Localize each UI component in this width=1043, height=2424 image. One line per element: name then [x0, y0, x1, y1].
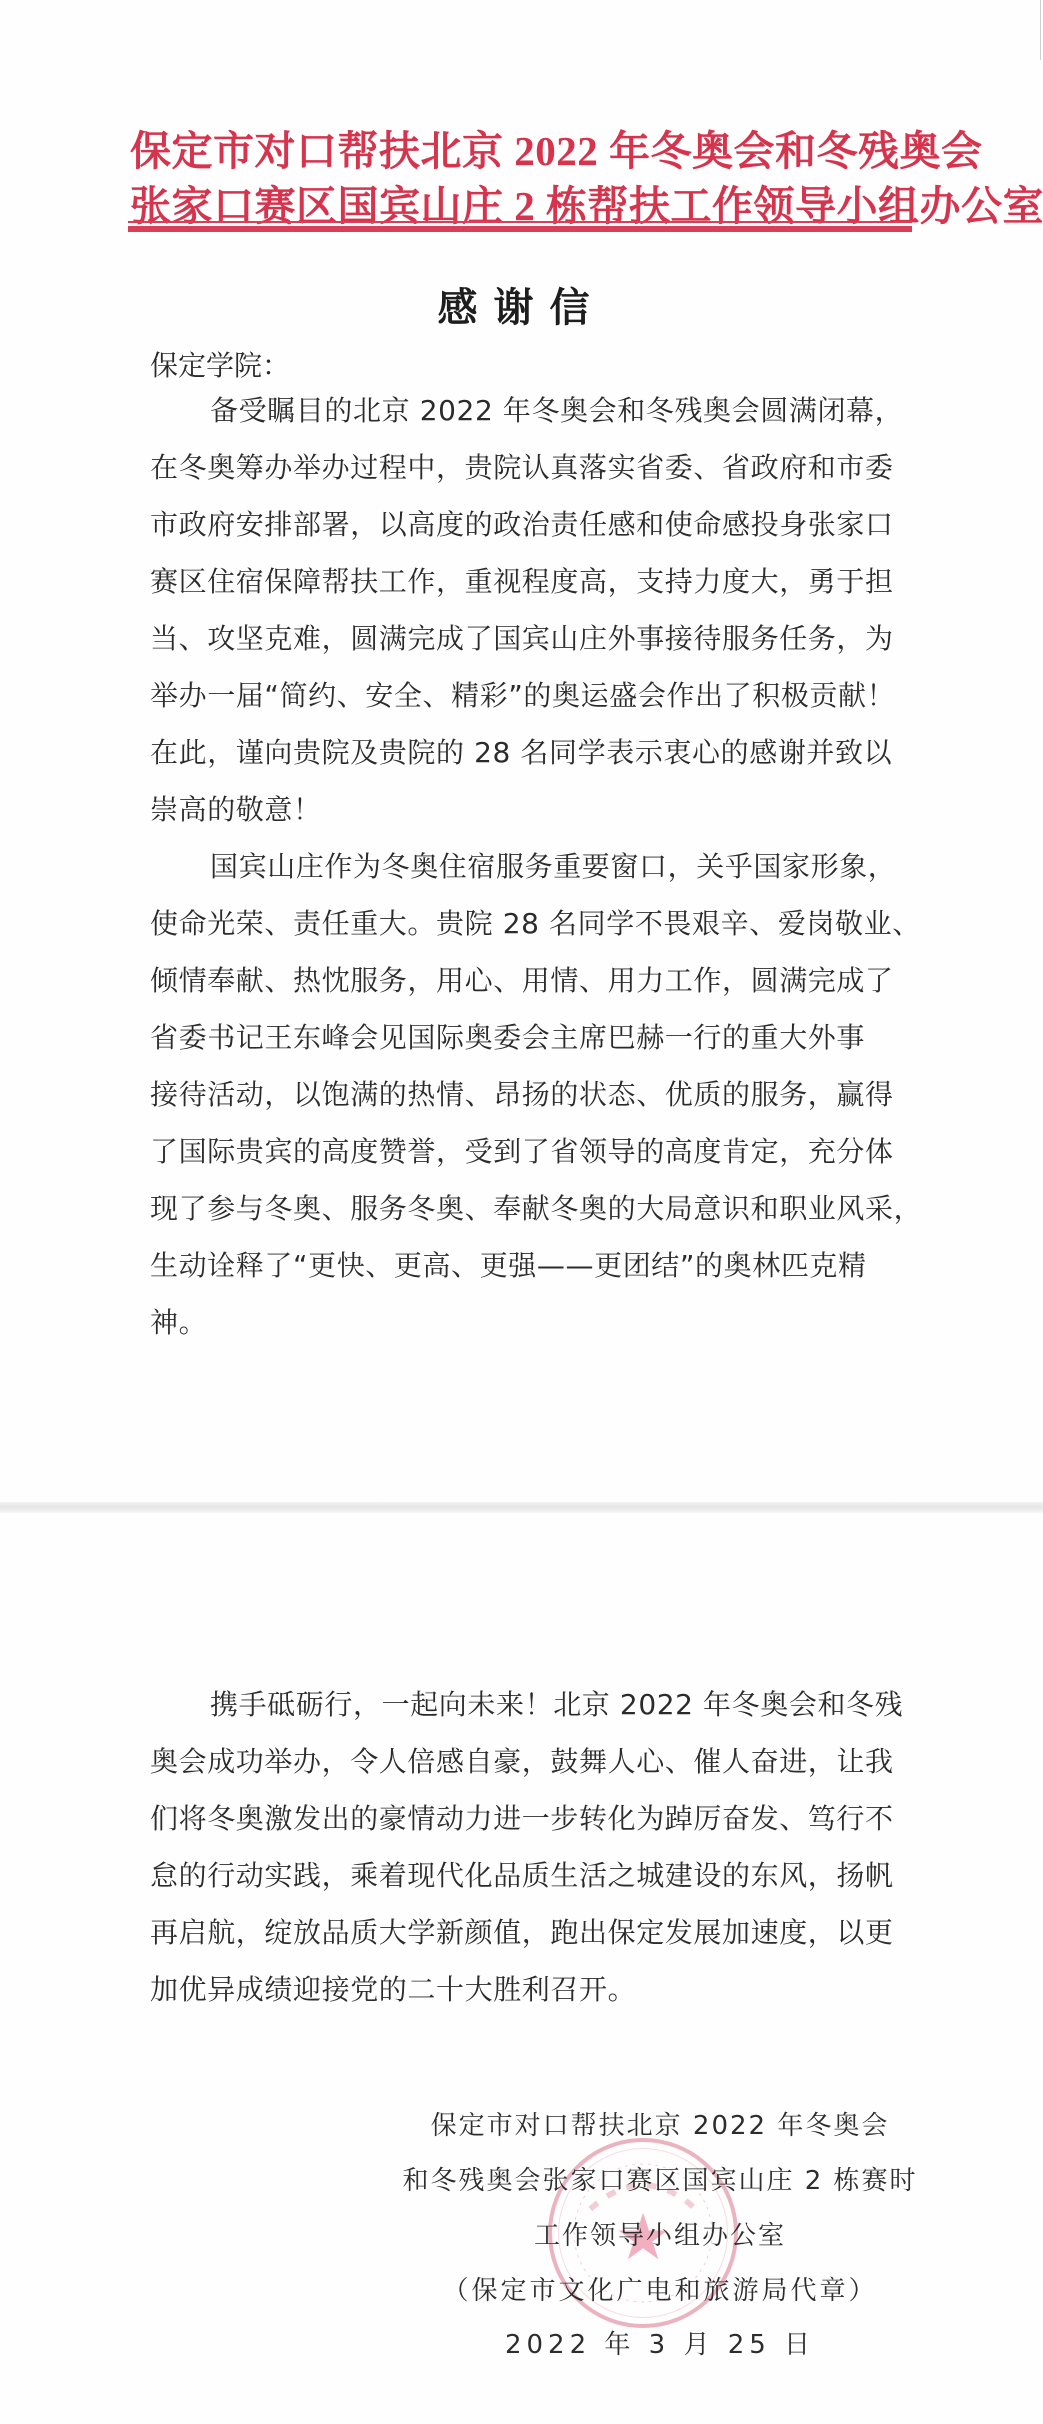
text-line: 市政府安排部署，以高度的政治责任感和使命感投身张家口 — [150, 496, 910, 553]
page-edge — [1040, 0, 1041, 60]
text-line: 再启航，绽放品质大学新颜值，跑出保定发展加速度，以更 — [150, 1904, 910, 1961]
text-line: 生动诠释了“更快、更高、更强——更团结”的奥林匹克精 — [150, 1237, 910, 1294]
text-line: 怠的行动实践，乘着现代化品质生活之城建设的东风，扬帆 — [150, 1847, 910, 1904]
letter-title: 感谢信 — [0, 276, 1043, 333]
text-line: 加优异成绩迎接党的二十大胜利召开。 — [150, 1961, 910, 2018]
text-line: 倾情奉献、热忱服务，用心、用情、用力工作，圆满完成了 — [150, 952, 910, 1009]
signature-line-2: 和冬残奥会张家口赛区国宾山庄 2 栋赛时 — [380, 2160, 940, 2197]
text-line: 省委书记王东峰会见国际奥委会主席巴赫一行的重大外事 — [150, 1009, 910, 1066]
letter-page-1: 保定市对口帮扶北京 2022 年冬奥会和冬残奥会 张家口赛区国宾山庄 2 栋帮扶… — [0, 0, 1043, 1504]
text-line: 当、攻坚克难，圆满完成了国宾山庄外事接待服务任务，为 — [150, 610, 910, 667]
text-line: 崇高的敬意！ — [150, 781, 910, 838]
paragraph-2: 国宾山庄作为冬奥住宿服务重要窗口，关乎国家形象， 使命光荣、责任重大。贵院 28… — [150, 838, 910, 1351]
letterhead-line-1: 保定市对口帮扶北京 2022 年冬奥会和冬残奥会 — [130, 118, 910, 177]
text-line: 携手砥砺行，一起向未来！北京 2022 年冬奥会和冬残 — [150, 1676, 910, 1733]
text-line: 在冬奥筹办举办过程中，贵院认真落实省委、省政府和市委 — [150, 439, 910, 496]
text-line: 举办一届“简约、安全、精彩”的奥运盛会作出了积极贡献！ — [150, 667, 910, 724]
signature-line-4: （保定市文化广电和旅游局代章） — [380, 2270, 940, 2307]
text-line: 现了参与冬奥、服务冬奥、奉献冬奥的大局意识和职业风采， — [150, 1180, 910, 1237]
letterhead-line-2: 张家口赛区国宾山庄 2 栋帮扶工作领导小组办公室 — [130, 173, 910, 232]
text-line: 了国际贵宾的高度赞誉，受到了省领导的高度肯定，充分体 — [150, 1123, 910, 1180]
text-line: 在此，谨向贵院及贵院的 28 名同学表示衷心的感谢并致以 — [150, 724, 910, 781]
text-line: 奥会成功举办，令人倍感自豪，鼓舞人心、催人奋进，让我 — [150, 1733, 910, 1790]
signature-date: 2022 年 3 月 25 日 — [380, 2324, 940, 2361]
text-line: 赛区住宿保障帮扶工作，重视程度高，支持力度大，勇于担 — [150, 553, 910, 610]
letterhead-rule-thick — [128, 226, 912, 232]
text-line: 接待活动，以饱满的热情、昂扬的状态、优质的服务，赢得 — [150, 1066, 910, 1123]
paragraph-3: 携手砥砺行，一起向未来！北京 2022 年冬奥会和冬残 奥会成功举办，令人倍感自… — [150, 1676, 910, 2018]
text-line: 神。 — [150, 1294, 910, 1351]
text-line: 使命光荣、责任重大。贵院 28 名同学不畏艰辛、爱岗敬业、 — [150, 895, 910, 952]
text-line: 国宾山庄作为冬奥住宿服务重要窗口，关乎国家形象， — [150, 838, 910, 895]
page-divider — [0, 1502, 1043, 1513]
salutation: 保定学院： — [150, 344, 290, 384]
signature-line-3: 工作领导小组办公室 — [380, 2215, 940, 2252]
signature-line-1: 保定市对口帮扶北京 2022 年冬奥会 — [380, 2105, 940, 2142]
text-line: 们将冬奥激发出的豪情动力进一步转化为踔厉奋发、笃行不 — [150, 1790, 910, 1847]
letterhead-rule-thin — [128, 221, 912, 223]
text-line: 备受瞩目的北京 2022 年冬奥会和冬残奥会圆满闭幕， — [150, 382, 910, 439]
paragraph-1: 备受瞩目的北京 2022 年冬奥会和冬残奥会圆满闭幕， 在冬奥筹办举办过程中，贵… — [150, 382, 910, 838]
